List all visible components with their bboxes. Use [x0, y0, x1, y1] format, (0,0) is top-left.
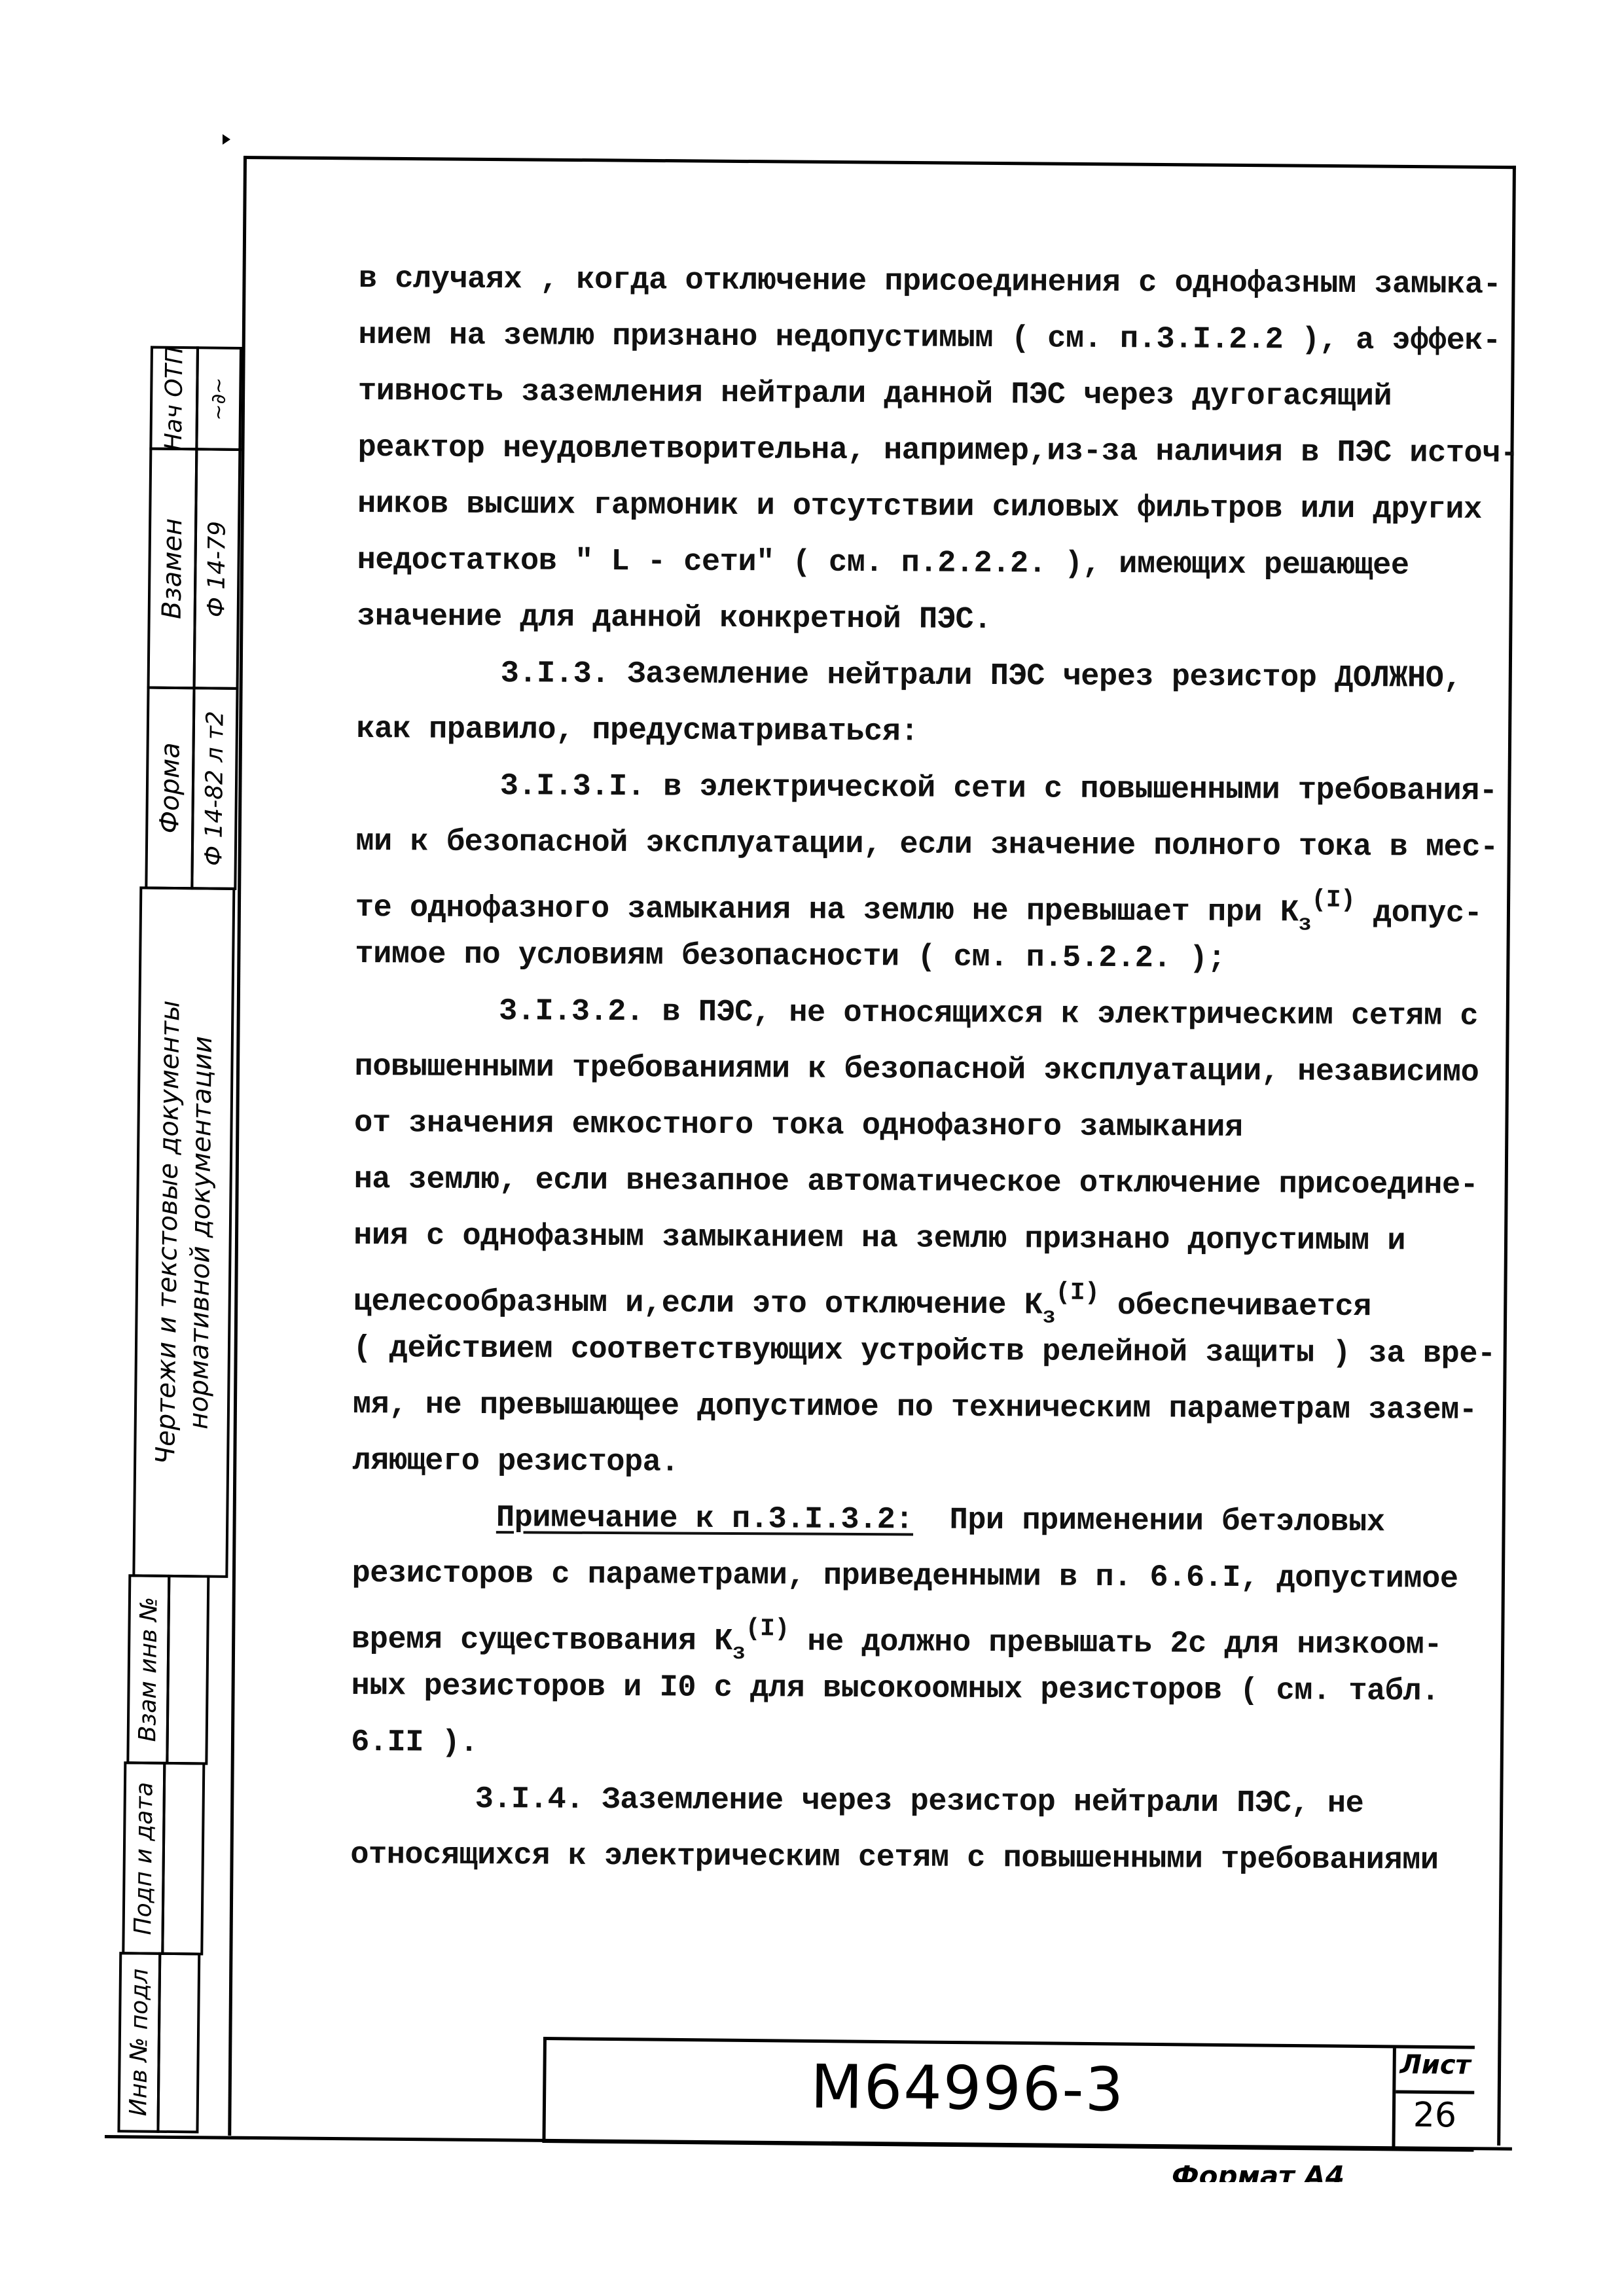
text-fragment: обеспечивается: [1099, 1289, 1371, 1325]
stamp-label: Взам инв №: [134, 1597, 162, 1742]
text-line: в случаях , когда отключение присоединен…: [359, 262, 1502, 302]
text-line: целесообразным и,если это отключение Кз(…: [353, 1275, 1371, 1331]
symbol-base: К: [714, 1624, 732, 1659]
document-code: М64996-3: [546, 2049, 1390, 2127]
text-line: тивность заземления нейтрали данной ПЭС …: [358, 374, 1392, 414]
text-fragment: При применении бетэловых: [913, 1503, 1385, 1540]
fault-symbol: Кз(I): [714, 1624, 789, 1660]
text-fragment: те однофазного замыкания на землю не пре…: [355, 891, 1280, 930]
text-line: ных резисторов и I0 с для высокоомных ре…: [351, 1669, 1439, 1710]
text-fragment: не должно превышать 2с для низкоом-: [789, 1624, 1442, 1662]
text-line: ми к безопасной эксплуатации, если значе…: [355, 825, 1498, 865]
text-fragment: допус-: [1355, 896, 1482, 931]
text-line: 6.II ).: [351, 1725, 478, 1761]
symbol-superscript: (I): [746, 1615, 789, 1643]
format-label: Формат А4: [1172, 2160, 1344, 2182]
stamp-value: Ф 14-79: [203, 520, 231, 617]
text-line: от значения емкостного тока однофазного …: [354, 1106, 1243, 1145]
text-line: реактор неудовлетворительна, например,из…: [357, 431, 1518, 471]
fault-symbol: Кз(I): [1024, 1288, 1100, 1323]
symbol-subscript: з: [1298, 912, 1311, 937]
text-line: значение для данной конкретной ПЭС.: [357, 600, 992, 637]
stamp-cell-inv-replace-value: [166, 1575, 209, 1765]
text-fragment: целесообразным и,если это отключение: [353, 1285, 1024, 1323]
text-line: ляющего резистора.: [352, 1444, 679, 1480]
section-heading-3-1-3-1: 3.I.3.I. в электрической сети с повышенн…: [356, 768, 1498, 809]
stamp-title-line: нормативной документации: [184, 1035, 218, 1429]
stamp-label: Взамен: [157, 518, 189, 619]
symbol-superscript: (I): [1055, 1279, 1099, 1307]
stamp-cell-inv-orig-value: [156, 1952, 200, 2134]
fault-symbol: Кз(I): [1280, 895, 1356, 931]
symbol-base: К: [1024, 1288, 1043, 1323]
section-heading-3-1-3: 3.I.3. Заземление нейтрали ПЭС через рез…: [357, 656, 1462, 696]
stamp-value: Ф 14-82 л т2: [200, 711, 228, 866]
text-line: нием на землю признано недопустимым ( см…: [358, 318, 1501, 359]
stamp-cell-inv-replace-label: Взам инв №: [126, 1574, 170, 1765]
stamp-cell-form-label: Форма: [145, 687, 195, 890]
signature-icon: ~∂~: [207, 377, 230, 420]
text-line: ния с однофазным замыканием на землю при…: [353, 1219, 1405, 1259]
text-line: мя, не превышающее допустимое по техниче…: [353, 1388, 1477, 1428]
text-line: ( действием соответствующих устройств ре…: [353, 1331, 1496, 1372]
stamp-title-line: Чертежи и текстовые документы: [151, 1000, 185, 1464]
title-block: М64996-3 Лист 26: [542, 2037, 1474, 2152]
corner-mark-icon: [223, 134, 230, 145]
section-heading-3-1-4: 3.I.4. Заземление через резистор нейтрал…: [351, 1782, 1364, 1821]
note-heading: Примечание к п.3.I.3.2:: [496, 1501, 913, 1537]
stamp-cell-form-value: Ф 14-82 л т2: [190, 687, 238, 890]
text-line: недостатков " L - сети" ( см. п.2.2.2. )…: [357, 543, 1409, 583]
stamp-cell-signature: ~∂~: [195, 346, 242, 451]
sheet-number: 26: [1396, 2096, 1475, 2136]
stamp-cell-sign-date-value: [161, 1762, 205, 1956]
text-line: ников высших гармоник и отсутствии силов…: [357, 487, 1482, 528]
text-line: на землю, если внезапное автоматическое …: [354, 1162, 1479, 1203]
stamp-label: Форма: [154, 742, 185, 833]
stamp-label: Подп и дата: [130, 1782, 158, 1935]
text-fragment: время существования: [352, 1623, 714, 1659]
stamp-cell-title: Чертежи и текстовые документы нормативно…: [132, 886, 235, 1577]
text-line: повышенными требованиями к безопасной эк…: [354, 1050, 1479, 1090]
text-line: резисторов с параметрами, приведенными в…: [352, 1556, 1458, 1597]
stamp-label: Нач ОТП: [160, 346, 189, 451]
sheet-box: Лист 26: [1392, 2048, 1474, 2148]
text-line: как правило, предусматриваться:: [356, 712, 918, 749]
text-line: те однофазного замыкания на землю не пре…: [355, 881, 1483, 938]
symbol-superscript: (I): [1311, 886, 1355, 914]
text-line: Примечание к п.3.I.3.2: При применении б…: [352, 1500, 1385, 1540]
sheet-label: Лист: [1396, 2050, 1475, 2094]
stamp-cell-inv-orig-label: Инв № подл: [117, 1952, 161, 2133]
symbol-base: К: [1280, 895, 1299, 930]
symbol-subscript: з: [732, 1641, 746, 1666]
text-line: относящихся к электрическим сетям с повы…: [350, 1838, 1439, 1878]
document-page: в случаях , когда отключение присоединен…: [0, 0, 1624, 2296]
stamp-cell-sign-date-label: Подп и дата: [122, 1761, 166, 1955]
stamp-cell-replaces-label: Взамен: [147, 448, 198, 690]
text-line: тимое по условиям безопасности ( см. п.5…: [355, 937, 1225, 977]
side-stamp: Форма Ф 14-82 л т2 Взамен Ф 14-79 Нач ОТ…: [86, 346, 242, 2140]
stamp-cell-replaces-value: Ф 14-79: [193, 448, 242, 690]
stamp-cell-head-label: Нач ОТП: [149, 346, 199, 451]
stamp-label: Инв № подл: [125, 1969, 153, 2117]
text-line: время существования Кз(I) не должно прев…: [352, 1613, 1442, 1670]
symbol-subscript: з: [1042, 1304, 1055, 1329]
section-heading-3-1-3-2: 3.I.3.2. в ПЭС, не относящихся к электри…: [355, 994, 1478, 1034]
